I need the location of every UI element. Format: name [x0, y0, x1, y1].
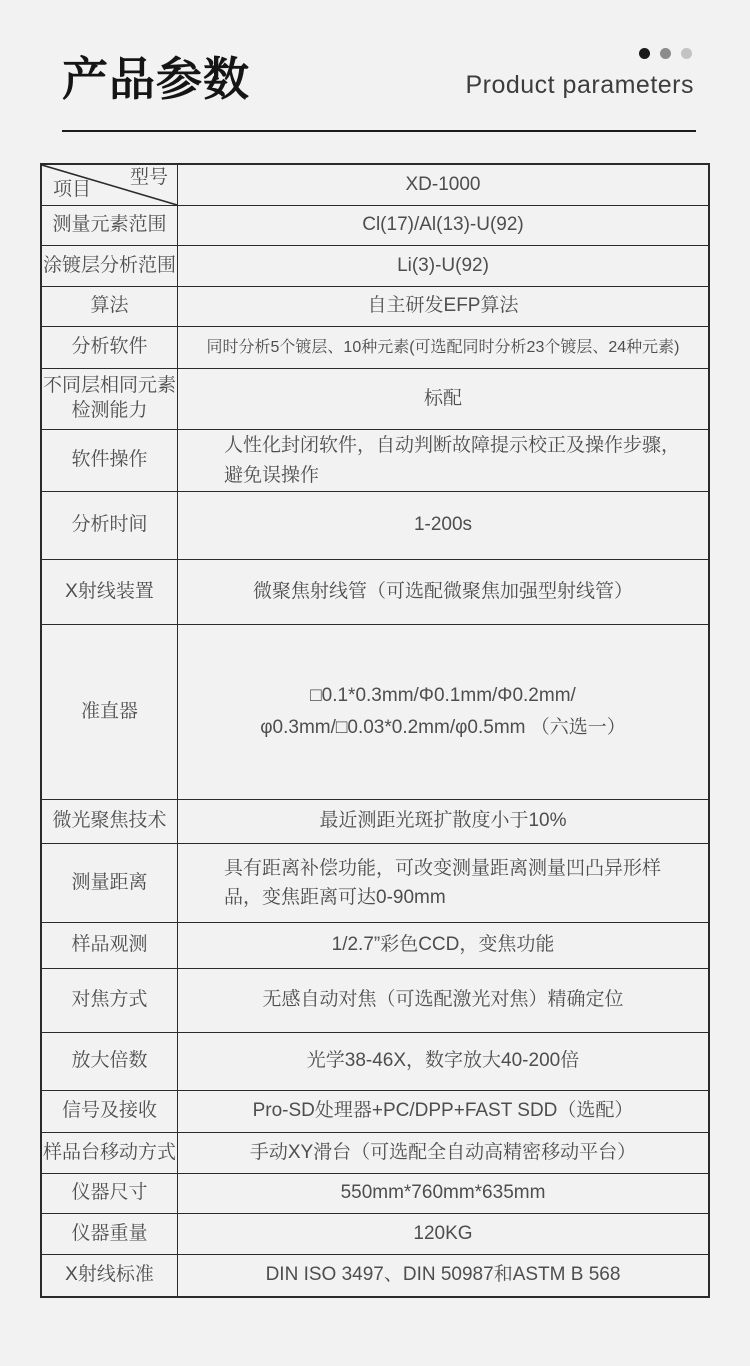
decorative-dots: [639, 48, 692, 59]
spec-label: 软件操作: [42, 430, 178, 491]
spec-table: 型号项目XD-1000测量元素范围Cl(17)/Al(13)-U(92)涂镀层分…: [40, 163, 710, 1298]
spec-row: 信号及接收Pro-SD处理器+PC/DPP+FAST SDD（选配）: [42, 1091, 708, 1133]
spec-row: X射线装置微聚焦射线管（可选配微聚焦加强型射线管）: [42, 560, 708, 625]
spec-row: 准直器□0.1*0.3mm/Φ0.1mm/Φ0.2mm/φ0.3mm/□0.03…: [42, 625, 708, 800]
spec-row: 测量距离具有距离补偿功能，可改变测量距离测量凹凸异形样品，变焦距离可达0-90m…: [42, 844, 708, 923]
header-divider: [62, 130, 696, 132]
spec-label: 微光聚焦技术: [42, 800, 178, 843]
spec-value: XD-1000: [178, 165, 708, 205]
spec-row: 样品台移动方式手动XY滑台（可选配全自动高精密移动平台）: [42, 1133, 708, 1174]
spec-value-line: φ0.3mm/□0.03*0.2mm/φ0.5mm （六选一）: [260, 712, 626, 744]
spec-value: □0.1*0.3mm/Φ0.1mm/Φ0.2mm/φ0.3mm/□0.03*0.…: [178, 625, 708, 799]
spec-row: 分析软件同时分析5个镀层、10种元素(可选配同时分析23个镀层、24种元素): [42, 327, 708, 369]
spec-value: DIN ISO 3497、DIN 50987和ASTM B 568: [178, 1255, 708, 1296]
spec-row: X射线标准DIN ISO 3497、DIN 50987和ASTM B 568: [42, 1255, 708, 1296]
spec-row: 对焦方式无感自动对焦（可选配激光对焦）精确定位: [42, 969, 708, 1033]
header-right: Product parameters: [465, 48, 694, 100]
spec-label: 样品台移动方式: [42, 1133, 178, 1173]
corner-label-item: 项目: [53, 180, 91, 199]
spec-row: 涂镀层分析范围Li(3)-U(92): [42, 246, 708, 287]
spec-label: X射线标准: [42, 1255, 178, 1296]
spec-label: 仪器重量: [42, 1214, 178, 1254]
spec-value: 手动XY滑台（可选配全自动高精密移动平台）: [178, 1133, 708, 1173]
spec-label: 对焦方式: [42, 969, 178, 1032]
spec-label: 样品观测: [42, 923, 178, 968]
product-parameters-page: 产品参数 Product parameters 型号项目XD-1000测量元素范…: [0, 0, 750, 1366]
spec-label: 测量元素范围: [42, 206, 178, 245]
spec-value: 光学38-46X，数字放大40-200倍: [178, 1033, 708, 1090]
spec-row: 测量元素范围Cl(17)/Al(13)-U(92): [42, 206, 708, 246]
spec-row: 型号项目XD-1000: [42, 165, 708, 206]
spec-label: 涂镀层分析范围: [42, 246, 178, 286]
spec-label: 准直器: [42, 625, 178, 799]
spec-value: 1-200s: [178, 492, 708, 559]
spec-row: 样品观测1/2.7”彩色CCD，变焦功能: [42, 923, 708, 969]
spec-value: 微聚焦射线管（可选配微聚焦加强型射线管）: [178, 560, 708, 624]
spec-label: 仪器尺寸: [42, 1174, 178, 1213]
spec-value: 无感自动对焦（可选配激光对焦）精确定位: [178, 969, 708, 1032]
dot-light-icon: [681, 48, 692, 59]
spec-label: 分析时间: [42, 492, 178, 559]
spec-row: 不同层相同元素检测能力标配: [42, 369, 708, 430]
spec-value: Pro-SD处理器+PC/DPP+FAST SDD（选配）: [178, 1091, 708, 1132]
spec-label: 信号及接收: [42, 1091, 178, 1132]
spec-label: 放大倍数: [42, 1033, 178, 1090]
spec-row: 软件操作人性化封闭软件，自动判断故障提示校正及操作步骤，避免误操作: [42, 430, 708, 492]
spec-value: 1/2.7”彩色CCD，变焦功能: [178, 923, 708, 968]
spec-row: 分析时间1-200s: [42, 492, 708, 560]
spec-value: 标配: [178, 369, 708, 429]
spec-value: 550mm*760mm*635mm: [178, 1174, 708, 1213]
page-title: 产品参数: [62, 54, 250, 105]
spec-label: 不同层相同元素检测能力: [42, 369, 178, 429]
spec-value-line: □0.1*0.3mm/Φ0.1mm/Φ0.2mm/: [310, 680, 576, 712]
dot-dark-icon: [639, 48, 650, 59]
spec-value: 同时分析5个镀层、10种元素(可选配同时分析23个镀层、24种元素): [178, 327, 708, 368]
spec-row: 算法自主研发EFP算法: [42, 287, 708, 327]
spec-row: 仪器重量120KG: [42, 1214, 708, 1255]
spec-label: X射线装置: [42, 560, 178, 624]
corner-label-model: 型号: [130, 168, 168, 187]
spec-label: 算法: [42, 287, 178, 326]
spec-value: 120KG: [178, 1214, 708, 1254]
spec-value: Cl(17)/Al(13)-U(92): [178, 206, 708, 245]
spec-value: 最近测距光斑扩散度小于10%: [178, 800, 708, 843]
spec-value: 人性化封闭软件，自动判断故障提示校正及操作步骤，避免误操作: [178, 430, 708, 491]
spec-row: 微光聚焦技术最近测距光斑扩散度小于10%: [42, 800, 708, 844]
spec-label: 分析软件: [42, 327, 178, 368]
spec-label: 测量距离: [42, 844, 178, 922]
dot-medium-icon: [660, 48, 671, 59]
spec-value: 具有距离补偿功能，可改变测量距离测量凹凸异形样品，变焦距离可达0-90mm: [178, 844, 708, 922]
spec-row: 放大倍数光学38-46X，数字放大40-200倍: [42, 1033, 708, 1091]
corner-cell: 型号项目: [42, 165, 178, 205]
spec-value: Li(3)-U(92): [178, 246, 708, 286]
spec-value: 自主研发EFP算法: [178, 287, 708, 326]
spec-row: 仪器尺寸550mm*760mm*635mm: [42, 1174, 708, 1214]
page-subtitle: Product parameters: [465, 72, 694, 100]
